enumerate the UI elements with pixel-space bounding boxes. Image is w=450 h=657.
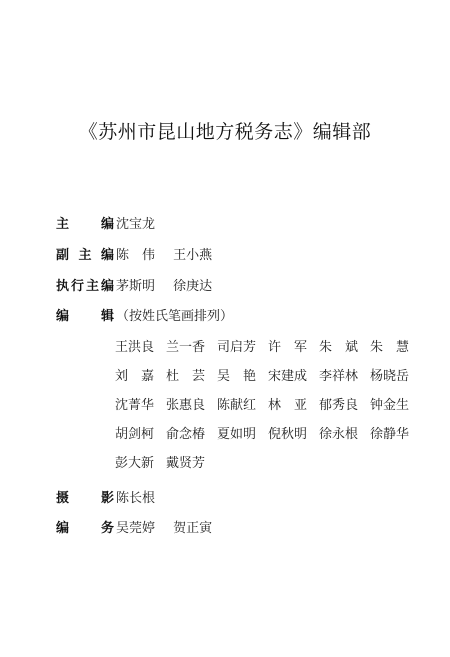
person-name: 陈 伟 xyxy=(116,248,155,263)
person-name: 陈长根 xyxy=(116,491,155,506)
label-char: 副 xyxy=(56,244,69,263)
person-name: 郁秀良 xyxy=(319,394,370,423)
editors-row: 沈菁华 张惠良 陈献红 林 亚 郁秀良 钟金生 xyxy=(115,394,435,423)
person-name: 司启芳 xyxy=(217,336,268,365)
person-name: 茅斯明 xyxy=(116,279,155,294)
role-row-deputy-editor: 副 主 编 陈 伟 王小燕 xyxy=(56,243,226,263)
person-name: 宋建成 xyxy=(268,365,319,394)
role-names: 吴莞婷 贺正寅 xyxy=(116,517,226,536)
label-char: 主 xyxy=(78,244,91,263)
person-name: 王洪良 xyxy=(115,336,166,365)
person-name: 吴莞婷 xyxy=(116,521,155,536)
person-name: 钟金生 xyxy=(370,394,421,423)
person-name: 杜 芸 xyxy=(166,365,217,394)
label-char: 辑 xyxy=(101,305,114,324)
person-name: 许 军 xyxy=(268,336,319,365)
label-char: 摄 xyxy=(56,487,69,506)
role-label: 副 主 编 xyxy=(56,244,114,263)
role-label: 摄 影 xyxy=(56,487,114,506)
label-char: 影 xyxy=(101,487,114,506)
role-label: 主 编 xyxy=(56,213,114,232)
role-names: 茅斯明 徐庚达 xyxy=(116,275,226,294)
label-char: 编 xyxy=(56,517,69,536)
role-row-executive-editor: 执 行 主 编 茅斯明 徐庚达 xyxy=(56,274,226,294)
role-row-chief-editor: 主 编 沈宝龙 xyxy=(56,212,169,232)
person-name: 俞念椿 xyxy=(166,423,217,452)
person-name: 倪秋明 xyxy=(268,423,319,452)
label-char: 务 xyxy=(101,517,114,536)
label-char: 主 xyxy=(86,275,99,294)
label-char: 编 xyxy=(101,275,114,294)
label-char: 执 xyxy=(56,275,69,294)
role-names: 陈长根 xyxy=(116,487,169,506)
person-name: 胡剑柯 xyxy=(115,423,166,452)
person-name: 徐庚达 xyxy=(173,279,212,294)
person-name: 王小燕 xyxy=(173,248,212,263)
editors-row: 刘 嘉 杜 芸 吴 艳 宋建成 李祥林 杨晓岳 xyxy=(115,365,435,394)
role-note: （按姓氏笔画排列） xyxy=(116,305,247,324)
person-name: 沈宝龙 xyxy=(116,217,155,232)
role-row-photography: 摄 影 陈长根 xyxy=(56,486,169,506)
role-row-editorial-affairs: 编 务 吴莞婷 贺正寅 xyxy=(56,516,226,536)
role-label: 编 务 xyxy=(56,517,114,536)
role-label: 编 辑 xyxy=(56,305,114,324)
person-name: 朱 斌 xyxy=(319,336,370,365)
person-name: 沈菁华 xyxy=(115,394,166,423)
person-name: 张惠良 xyxy=(166,394,217,423)
ordering-note: （按姓氏笔画排列） xyxy=(116,309,233,324)
person-name: 戴贤芳 xyxy=(166,452,217,481)
person-name: 林 亚 xyxy=(268,394,319,423)
person-name: 杨晓岳 xyxy=(370,365,421,394)
label-char: 编 xyxy=(101,244,114,263)
label-char: 编 xyxy=(101,213,114,232)
person-name: 夏如明 xyxy=(217,423,268,452)
label-char: 编 xyxy=(56,305,69,324)
role-row-editors: 编 辑 （按姓氏笔画排列） xyxy=(56,304,247,324)
editors-row: 彭大新 戴贤芳 xyxy=(115,452,435,481)
person-name: 徐永根 xyxy=(319,423,370,452)
person-name: 李祥林 xyxy=(319,365,370,394)
person-name: 陈献红 xyxy=(217,394,268,423)
role-label: 执 行 主 编 xyxy=(56,275,114,294)
role-names: 陈 伟 王小燕 xyxy=(116,244,226,263)
person-name: 朱 慧 xyxy=(370,336,421,365)
page-title: 《苏州市昆山地方税务志》编辑部 xyxy=(0,117,450,144)
person-name: 兰一香 xyxy=(166,336,217,365)
person-name: 彭大新 xyxy=(115,452,166,481)
person-name: 徐静华 xyxy=(370,423,421,452)
person-name: 刘 嘉 xyxy=(115,365,166,394)
label-char: 主 xyxy=(56,213,69,232)
person-name: 贺正寅 xyxy=(173,521,212,536)
role-names: 沈宝龙 xyxy=(116,213,169,232)
person-name: 吴 艳 xyxy=(217,365,268,394)
editors-grid: 王洪良 兰一香 司启芳 许 军 朱 斌 朱 慧 刘 嘉 杜 芸 吴 艳 宋建成 … xyxy=(115,336,435,481)
editors-row: 胡剑柯 俞念椿 夏如明 倪秋明 徐永根 徐静华 xyxy=(115,423,435,452)
editors-row: 王洪良 兰一香 司启芳 许 军 朱 斌 朱 慧 xyxy=(115,336,435,365)
label-char: 行 xyxy=(71,275,84,294)
